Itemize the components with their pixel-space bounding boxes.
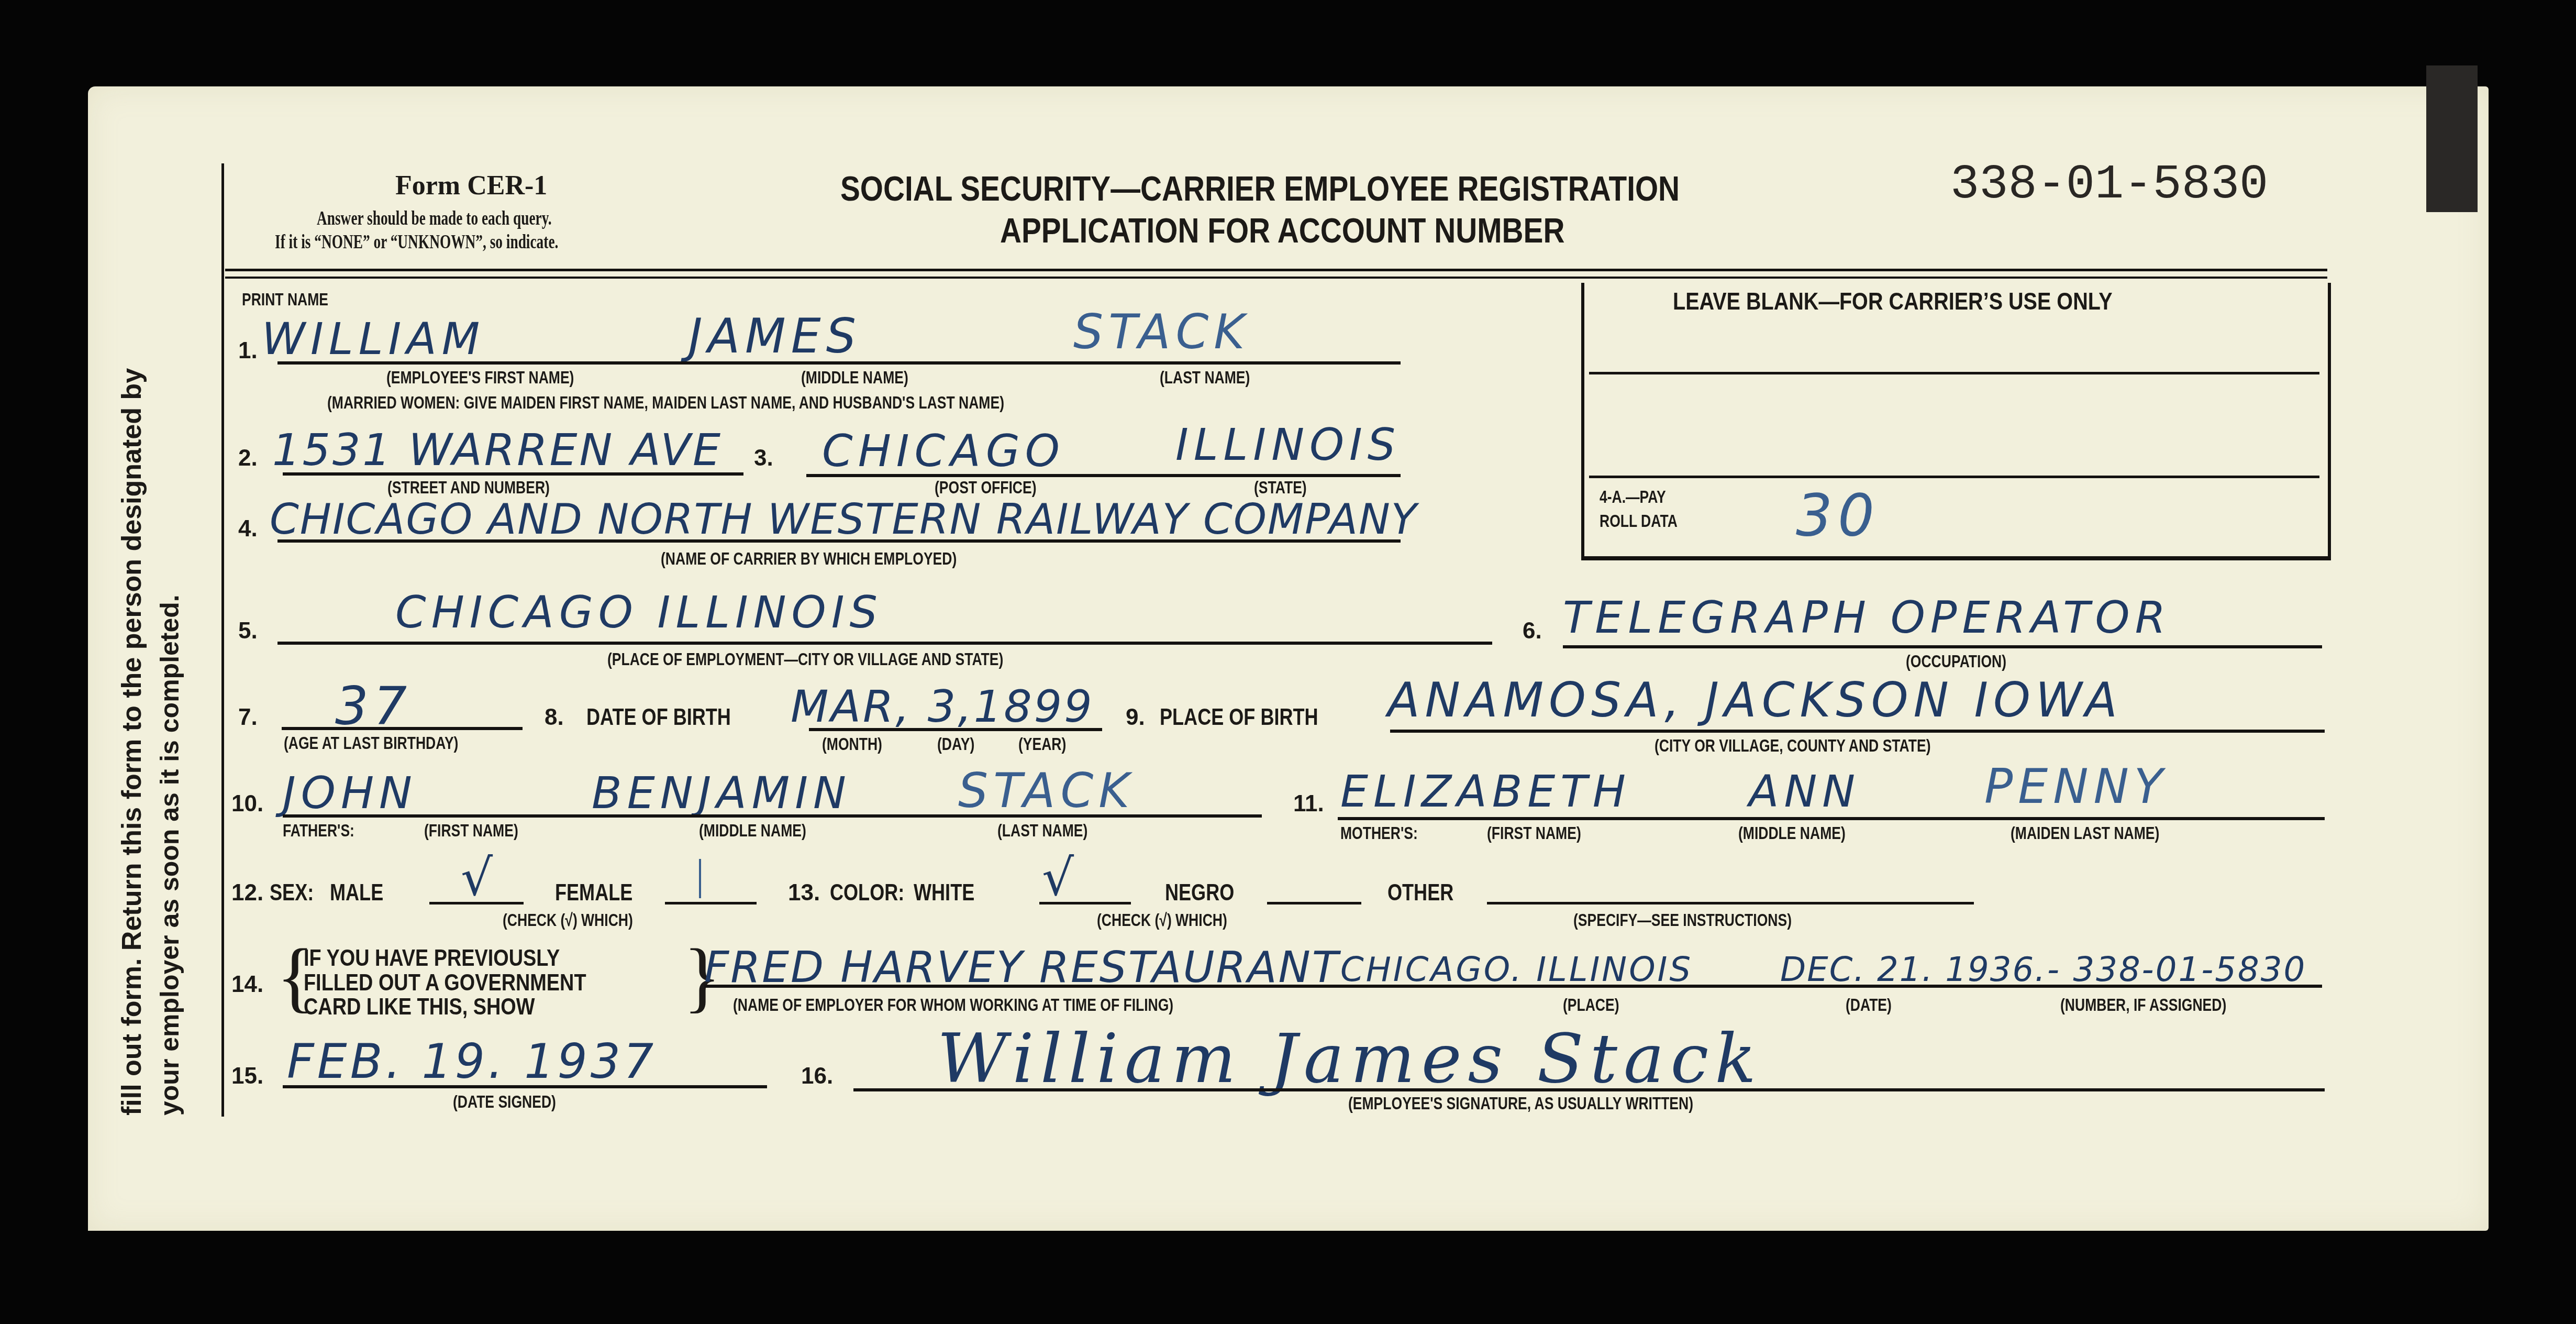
occupation[interactable]: TELEGRAPH OPERATOR [1563, 592, 2171, 643]
label-month: (MONTH) [822, 734, 882, 755]
carrier-line-1 [1589, 372, 2319, 374]
mother-maiden-last-name[interactable]: PENNY [1984, 759, 2168, 814]
sex-caption: SEX: [270, 880, 314, 906]
male-checkmark[interactable]: √ [461, 848, 498, 907]
white-label: WHITE [914, 880, 974, 906]
field-12-number: 12. [231, 880, 263, 906]
white-checkmark[interactable]: √ [1042, 848, 1079, 907]
field-15-number: 15. [231, 1063, 263, 1089]
label-date-signed: (DATE SIGNED) [453, 1092, 556, 1112]
date-signed[interactable]: FEB. 19. 1937 [287, 1034, 657, 1089]
field-9-number: 9. [1126, 704, 1145, 731]
field-15-line [283, 1085, 767, 1088]
field-7-number: 7. [238, 704, 258, 731]
carrier-name[interactable]: CHICAGO AND NORTH WESTERN RAILWAY COMPAN… [270, 495, 1418, 544]
mother-first-name[interactable]: ELIZABETH [1340, 766, 1631, 817]
label-mother-first: (FIRST NAME) [1487, 823, 1581, 844]
form-title-line2: APPLICATION FOR ACCOUNT NUMBER [1000, 211, 1564, 250]
field-3-line [806, 474, 1401, 477]
label-prior-date: (DATE) [1846, 995, 1892, 1016]
field-1-number: 1. [238, 338, 258, 364]
label-middle-name: (MIDDLE NAME) [801, 368, 908, 388]
label-year: (YEAR) [1018, 734, 1066, 755]
prior-place[interactable]: CHICAGO. ILLINOIS [1340, 951, 1693, 989]
color-caption: COLOR: [830, 880, 904, 906]
prior-card-caption-3: CARD LIKE THIS, SHOW [304, 994, 535, 1020]
father-middle-name[interactable]: BENJAMIN [592, 767, 851, 819]
label-other-specify: (SPECIFY—SEE INSTRUCTIONS) [1573, 910, 1792, 931]
field-6-line [1563, 645, 2322, 648]
label-place-of-employment: (PLACE OF EMPLOYMENT—CITY OR VILLAGE AND… [607, 649, 1003, 670]
field-16-number: 16. [801, 1063, 833, 1089]
state[interactable]: ILLINOIS [1175, 419, 1401, 470]
father-first-name[interactable]: JOHN [283, 767, 417, 819]
label-sex-check: (CHECK (√) WHICH) [503, 910, 633, 931]
instruction-line-2: If it is “NONE” or “UNKNOWN”, so indicat… [275, 230, 558, 253]
field-6-number: 6. [1523, 618, 1542, 644]
field-13-number: 13. [788, 880, 820, 906]
payroll-value[interactable]: 30 [1796, 482, 1880, 549]
negro-label: NEGRO [1165, 880, 1234, 906]
label-last-name: (LAST NAME) [1160, 368, 1250, 388]
carrier-box-heading: LEAVE BLANK—FOR CARRIER’S USE ONLY [1673, 287, 2113, 315]
father-prefix: FATHER'S: [283, 821, 354, 841]
employee-first-name[interactable]: WILLIAM [262, 313, 485, 365]
index-tab-marker [2426, 65, 2478, 212]
label-father-middle: (MIDDLE NAME) [699, 821, 806, 841]
prior-account-number[interactable]: - 338-01-5830 [2047, 951, 2306, 989]
field-7-line [282, 727, 523, 730]
carrier-use-box [1581, 283, 2331, 560]
date-of-birth-caption: DATE OF BIRTH [586, 704, 731, 731]
female-check-line[interactable] [665, 902, 757, 904]
date-of-birth[interactable]: MAR, 3,1899 [791, 681, 1094, 732]
label-mother-middle: (MIDDLE NAME) [1738, 823, 1846, 844]
field-1-line [277, 361, 1401, 365]
field-3-number: 3. [754, 445, 773, 471]
instruction-line-1: Answer should be made to each query. [317, 207, 552, 230]
female-label: FEMALE [555, 880, 632, 906]
post-office[interactable]: CHICAGO [822, 425, 1065, 477]
field-4-number: 4. [238, 516, 258, 542]
side-instruction-line2: your employer as soon as it is completed… [154, 594, 185, 1116]
street-address[interactable]: 1531 WARREN AVE [272, 424, 723, 476]
margin-rule [221, 163, 224, 1117]
field-11-line [1338, 817, 2325, 820]
label-carrier-name: (NAME OF CARRIER BY WHICH EMPLOYED) [661, 549, 957, 569]
field-5-number: 5. [238, 618, 258, 644]
label-occupation: (OCCUPATION) [1906, 652, 2006, 672]
field-8-number: 8. [545, 704, 564, 731]
field-14-number: 14. [231, 972, 263, 998]
employee-signature[interactable]: William James Stack [937, 1019, 1762, 1098]
mother-prefix: MOTHER'S: [1340, 823, 1418, 844]
employee-last-name[interactable]: STACK [1073, 305, 1250, 360]
header-rule-bottom [225, 277, 2327, 279]
female-stray-stroke [699, 859, 701, 898]
place-of-employment[interactable]: CHICAGO ILLINOIS [395, 587, 883, 638]
field-11-number: 11. [1293, 791, 1324, 817]
field-2-number: 2. [238, 445, 258, 471]
label-place-of-birth: (CITY OR VILLAGE, COUNTY AND STATE) [1655, 736, 1930, 756]
label-father-first: (FIRST NAME) [424, 821, 518, 841]
label-day: (DAY) [937, 734, 974, 755]
prior-date[interactable]: DEC. 21. 1936. [1780, 951, 2046, 989]
label-signature: (EMPLOYEE'S SIGNATURE, AS USUALLY WRITTE… [1348, 1094, 1693, 1114]
prior-card-caption-1: IF YOU HAVE PREVIOUSLY [304, 945, 560, 972]
label-prior-number: (NUMBER, IF ASSIGNED) [2060, 995, 2226, 1016]
print-name-label: PRINT NAME [242, 290, 328, 310]
form-id: Form CER-1 [395, 170, 547, 201]
male-label: MALE [330, 880, 383, 906]
place-of-birth[interactable]: ANAMOSA, JACKSON IOWA [1387, 673, 2123, 728]
label-employee-first-name: (EMPLOYEE'S FIRST NAME) [386, 368, 574, 388]
account-number-stamp: 338-01-5830 [1950, 157, 2268, 212]
field-10-number: 10. [231, 791, 263, 817]
label-age: (AGE AT LAST BIRTHDAY) [284, 733, 458, 754]
married-women-note: (MARRIED WOMEN: GIVE MAIDEN FIRST NAME, … [327, 393, 1004, 413]
field-10-line [283, 814, 1262, 818]
label-color-check: (CHECK (√) WHICH) [1097, 910, 1227, 931]
field-14-line [704, 985, 2322, 988]
label-prior-place: (PLACE) [1563, 995, 1619, 1016]
carrier-line-2 [1589, 476, 2319, 478]
payroll-label-1: 4-A.—PAY [1600, 487, 1666, 507]
label-mother-maiden: (MAIDEN LAST NAME) [2011, 823, 2159, 844]
field-8-line [809, 728, 1102, 731]
field-2-line [283, 472, 743, 476]
father-last-name[interactable]: STACK [958, 764, 1135, 819]
side-instruction-line1: fill out form. Return this form to the p… [116, 368, 148, 1116]
label-father-last: (LAST NAME) [997, 821, 1087, 841]
prior-card-caption-2: FILLED OUT A GOVERNMENT [304, 970, 586, 996]
other-specify-line[interactable] [1487, 902, 1974, 904]
mother-middle-name[interactable]: ANN [1749, 766, 1860, 817]
negro-check-line[interactable] [1267, 902, 1361, 904]
label-prior-employer: (NAME OF EMPLOYER FOR WHOM WORKING AT TI… [733, 995, 1173, 1016]
field-9-line [1390, 730, 2325, 733]
field-16-line [853, 1088, 2325, 1091]
header-rule-top [225, 269, 2327, 271]
field-5-line [277, 642, 1492, 645]
payroll-label-2: ROLL DATA [1600, 511, 1678, 532]
field-4-line [277, 539, 1401, 543]
place-of-birth-caption: PLACE OF BIRTH [1160, 704, 1318, 731]
form-title-line1: SOCIAL SECURITY—CARRIER EMPLOYEE REGISTR… [840, 169, 1680, 208]
other-label: OTHER [1387, 880, 1453, 906]
employee-middle-name[interactable]: JAMES [689, 309, 861, 364]
